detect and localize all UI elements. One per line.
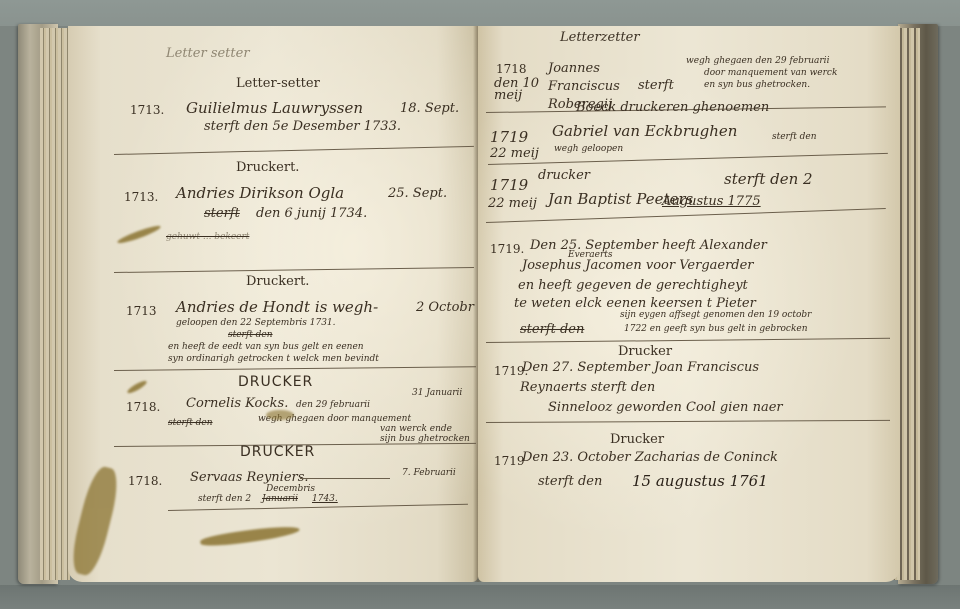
entry-line-struck: sterft den xyxy=(168,418,213,428)
entry-name: Andries Dirikson Ogla xyxy=(176,184,344,202)
entry-heading: DRUCKER xyxy=(240,444,315,460)
entry-date-left: 22 meij xyxy=(488,196,537,211)
divider xyxy=(486,208,886,223)
ink-stain xyxy=(68,464,123,578)
ink-stain xyxy=(200,523,301,549)
entry-heading: Druckert. xyxy=(246,274,309,289)
page-edges-left xyxy=(40,28,70,580)
entry-line: den 29 februarii xyxy=(296,400,370,410)
entry-note: sterft xyxy=(638,78,674,93)
entry-heading: Drucker xyxy=(618,344,672,359)
divider xyxy=(114,146,474,155)
entry-line: wegh geloopen xyxy=(554,144,623,154)
entry-year: 1719. xyxy=(490,242,524,256)
entry-date-left: 22 meij xyxy=(490,146,539,161)
entry-note-struck: Januarii xyxy=(262,494,298,504)
entry-name: Gabriel van Eckbrughen xyxy=(552,122,737,140)
entry-line: geloopen den 22 Septembris 1731. xyxy=(176,318,336,328)
entry-date: 18. Sept. xyxy=(400,101,459,116)
divider xyxy=(168,504,468,511)
entry-line: Den 27. September Joan Franciscus xyxy=(522,360,759,375)
entry-year: 1718 xyxy=(496,62,527,76)
entry-line: Reynaerts sterft den xyxy=(520,380,655,395)
entry-note-2: Augustus 1775 xyxy=(662,194,761,209)
entry-heading: Letterzetter xyxy=(560,30,640,45)
divider xyxy=(488,153,888,165)
entry-heading: Druckert. xyxy=(236,160,299,175)
entry-line-struck: sterft den xyxy=(520,322,584,337)
ink-stain xyxy=(266,410,294,420)
entry-year: 1719 xyxy=(490,128,528,146)
entry-line: te weten elck eenen keersen t Pieter xyxy=(514,296,756,311)
entry-line: Josephus Jacomen voor Vergaerder xyxy=(522,258,754,273)
entry-heading: DRUCKER xyxy=(238,374,313,390)
entry-date: 2 Octobr xyxy=(416,300,474,315)
name-dash xyxy=(300,478,390,479)
divider xyxy=(486,338,890,343)
ink-stain xyxy=(126,379,148,395)
entry-line: Sinnelooz geworden Cool gien naer xyxy=(548,400,783,415)
entry-line-struck: sterft den xyxy=(228,330,273,340)
entry-line: Den 23. October Zacharias de Coninck xyxy=(522,450,778,465)
entry-name: Cornelis Kocks. xyxy=(186,396,288,411)
entry-year: 1713 xyxy=(126,304,157,318)
entry-line: en heeft de eedt van syn bus gelt en een… xyxy=(168,342,364,352)
entry-date: 31 Januarii xyxy=(412,388,462,398)
divider xyxy=(486,420,890,423)
entry-note: sterft den 2 xyxy=(724,170,813,188)
left-page: Letter setter Letter-setter 1713. Guilie… xyxy=(68,26,478,582)
entry-year: 1713. xyxy=(124,190,158,204)
entry-note-year: 1743. xyxy=(312,494,338,504)
entry-note: den 6 junij 1734. xyxy=(256,206,367,221)
entry-heading: Boeck druckeren ghenoemen xyxy=(576,100,769,115)
entry-line: wegh ghegaen den 29 februarii xyxy=(686,56,829,66)
entry-heading: Drucker xyxy=(610,432,664,447)
crossed-line: gehuwt ... bekeert xyxy=(166,232,249,242)
entry-note: sterft den 2 xyxy=(198,494,251,504)
entry-date: 25. Sept. xyxy=(388,186,447,201)
open-book: Letter setter Letter-setter 1713. Guilie… xyxy=(18,24,938,586)
entry-heading: drucker xyxy=(538,168,590,183)
ink-stain xyxy=(116,223,162,245)
entry-line: syn ordinarigh getrocken t welck men bev… xyxy=(168,354,379,364)
entry-heading: Letter-setter xyxy=(236,76,320,91)
entry-note: sterft den xyxy=(772,132,817,142)
entry-year: 1719 xyxy=(490,176,528,194)
entry-year: 1718. xyxy=(128,474,162,488)
entry-line: sterft den xyxy=(538,474,602,489)
entry-date: 7. Februarii xyxy=(402,468,456,478)
entry-year: 1718. xyxy=(126,400,160,414)
entry-name: Servaas Reyniers. xyxy=(190,470,309,485)
entry-year: 1719 xyxy=(494,454,525,468)
divider xyxy=(114,267,474,273)
right-page: Letterzetter 1718 den 10 meij Joannes Fr… xyxy=(478,26,900,582)
entry-line: 15 augustus 1761 xyxy=(632,472,768,490)
entry-line: Den 25. September heeft Alexander xyxy=(530,238,767,253)
entry-date-left: den 10 meij xyxy=(494,78,540,102)
faint-header: Letter setter xyxy=(166,46,250,61)
entry-line: sijn eygen affsegt genomen den 19 octobr xyxy=(620,310,811,320)
entry-line: van werck ende xyxy=(380,424,452,434)
entry-note: sterft den 5e Desember 1733. xyxy=(204,119,401,134)
background-top xyxy=(0,0,960,26)
entry-line: 1722 en geeft syn bus gelt in gebrocken xyxy=(624,324,808,334)
divider xyxy=(114,366,476,371)
entry-name: Guilielmus Lauwryssen xyxy=(186,99,363,117)
entry-year: 1713. xyxy=(130,103,164,117)
entry-note-struck: sterft xyxy=(204,206,240,221)
entry-name: Andries de Hondt is wegh- xyxy=(176,298,378,316)
entry-note-superscript: Decembris xyxy=(266,484,315,494)
entry-line: en heeft gegeven de gerechtigheyt xyxy=(518,278,748,293)
background-bottom xyxy=(0,585,960,609)
entry-line: door manquement van werck xyxy=(704,68,837,78)
entry-line: en syn bus ghetrocken. xyxy=(704,80,810,90)
